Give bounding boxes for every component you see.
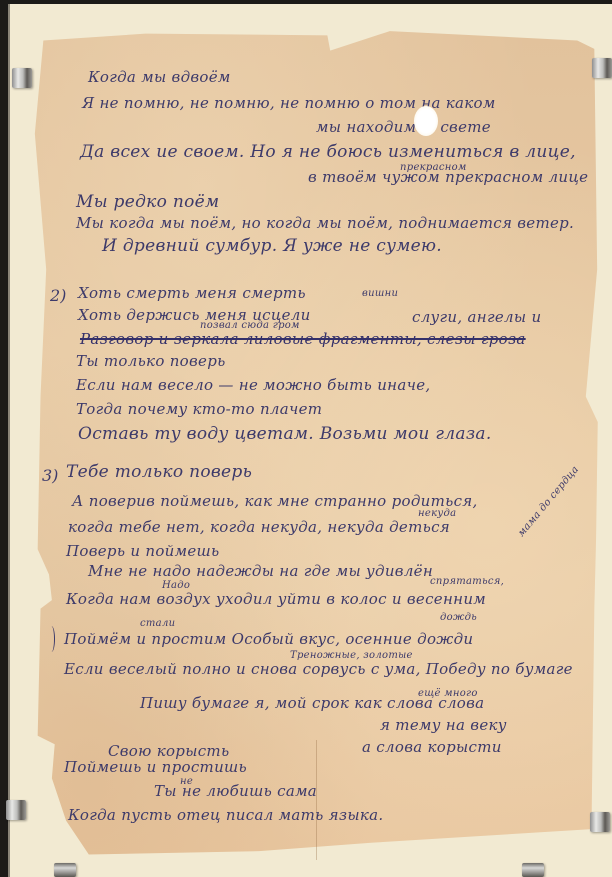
annotation-insertion: дождь: [440, 612, 477, 623]
mounting-clip-icon: [12, 68, 32, 88]
mounting-clip-icon: [590, 812, 610, 832]
manuscript-line: Мы когда мы поём, но когда мы поём, подн…: [76, 214, 574, 232]
manuscript-line: Пишу бумаге я, мой срок как слова слова: [140, 694, 484, 712]
manuscript-line: Ты не любишь сама: [154, 782, 317, 800]
mounting-clip-icon: [6, 800, 26, 820]
manuscript-line: когда тебе нет, когда некуда, некуда дет…: [68, 518, 450, 536]
manuscript-line: Хоть смерть меня смерть: [78, 284, 306, 302]
manuscript-line: Поймём и простим Особый вкус, осенние до…: [64, 630, 473, 648]
annotation-insertion: вишни: [362, 288, 398, 299]
frame-edge-left: [0, 0, 8, 877]
manuscript-line: Оставь ту воду цветам. Возьми мои глаза.: [78, 424, 492, 444]
manuscript-line: в твоём чужом прекрасном лице: [308, 168, 588, 186]
manuscript-line: Когда мы вдвоём: [88, 68, 231, 86]
annotation-insertion: стали: [140, 618, 175, 629]
manuscript-line: я тему на веку: [380, 716, 507, 734]
manuscript-line: Если нам весело — не можно быть иначе,: [76, 376, 430, 394]
manuscript-line: И древний сумбур. Я уже не сумею.: [102, 236, 442, 256]
manuscript-line: А поверив поймешь, как мне странно родит…: [72, 492, 478, 510]
manuscript-line: мы находимся свете: [316, 118, 491, 136]
paper-fold-crease: [316, 740, 317, 860]
mounting-clip-icon: [522, 863, 544, 877]
manuscript-line: а слова корысти: [362, 738, 502, 756]
manuscript-line: Поймешь и простишь: [64, 758, 247, 776]
manuscript-line: Ты только поверь: [76, 352, 226, 370]
mounting-clip-icon: [54, 863, 76, 877]
manuscript-line: Поверь и поймешь: [66, 542, 220, 560]
glass-reflection-glare: [414, 106, 438, 136]
manuscript-line: Когда нам воздух уходил уйти в колос и в…: [66, 590, 486, 608]
manuscript-line: Тебе только поверь: [66, 462, 252, 482]
stanza-bracket: [48, 626, 55, 652]
manuscript-line: Когда пусть отец писал мать языка.: [68, 806, 383, 824]
stanza-number: 3): [42, 466, 58, 485]
manuscript-line: Мне не надо надежды на где мы удивлён: [88, 562, 433, 580]
manuscript-line-struck: Разговор и зеркала лиловые фрагменты, сл…: [80, 330, 526, 348]
manuscript-line: Да всех ие своем. Но я не боюсь изменить…: [80, 142, 576, 162]
annotation-insertion: слуги, ангелы и: [412, 308, 541, 326]
mounting-clip-icon: [592, 58, 612, 78]
manuscript-line: Тогда почему кто-то плачет: [76, 400, 322, 418]
manuscript-line: Если веселый полно и снова сорвусь с ума…: [64, 660, 573, 678]
annotation-insertion: спрятаться,: [430, 576, 504, 587]
manuscript-line: Мы редко поём: [76, 192, 219, 212]
stanza-number: 2): [50, 286, 66, 305]
